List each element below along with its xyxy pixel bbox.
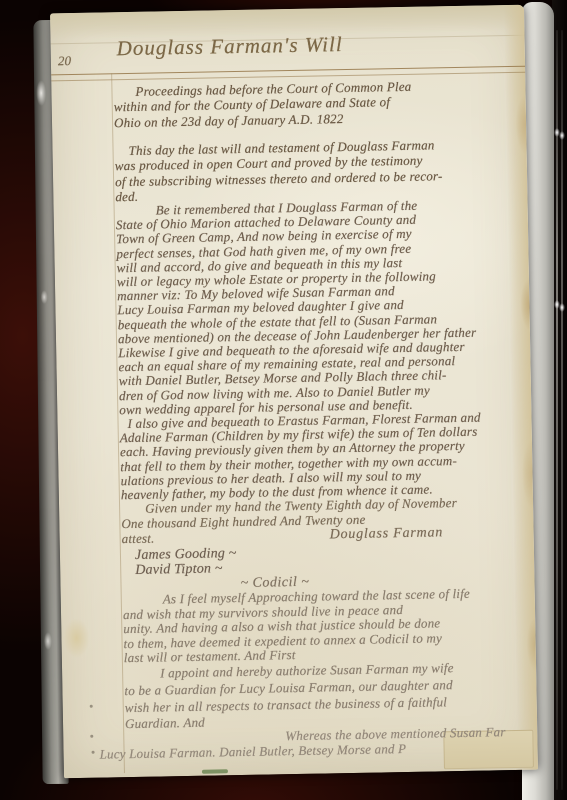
document-title: Douglass Farman's Will xyxy=(116,32,342,61)
attest-label: attest. xyxy=(122,531,155,548)
ink-dot xyxy=(90,705,93,708)
sleeve-glint xyxy=(44,632,52,650)
proceedings-paragraph: Proceedings had before the Court of Comm… xyxy=(113,77,518,131)
execution-clause: Given under my hand the Twenty Eighth da… xyxy=(121,494,525,532)
sleeve-highlight-line xyxy=(561,30,563,790)
ledger-page: 20 Douglass Farman's Will Proceedings ha… xyxy=(50,5,538,779)
codicil-paragraph-2: I appoint and hereby authorize Susan Far… xyxy=(124,659,529,734)
photographed-will-record: 20 Douglass Farman's Will Proceedings ha… xyxy=(0,0,567,800)
background-shadow-right xyxy=(552,0,567,800)
sleeve-highlight-line xyxy=(556,30,558,790)
will-body-paragraph: Be it remembered that I Douglass Farman … xyxy=(116,197,525,503)
sleeve-glint xyxy=(41,290,48,304)
ink-dot xyxy=(90,735,93,738)
recording-paragraph: This day the last will and testament of … xyxy=(114,136,519,205)
sleeve-glint xyxy=(559,131,565,140)
page-number: 20 xyxy=(58,53,72,69)
green-mark xyxy=(202,769,228,773)
sleeve-glint xyxy=(559,303,565,312)
sleeve-glint xyxy=(36,80,46,106)
codicil-paragraph-1: As I feel myself Approaching toward the … xyxy=(123,586,528,666)
witness-signatures: James Gooding ~David Tipton ~ xyxy=(122,541,526,579)
ink-dot xyxy=(92,751,95,754)
testator-signature: Douglass Farman xyxy=(329,525,443,543)
paper-stain xyxy=(63,618,90,658)
